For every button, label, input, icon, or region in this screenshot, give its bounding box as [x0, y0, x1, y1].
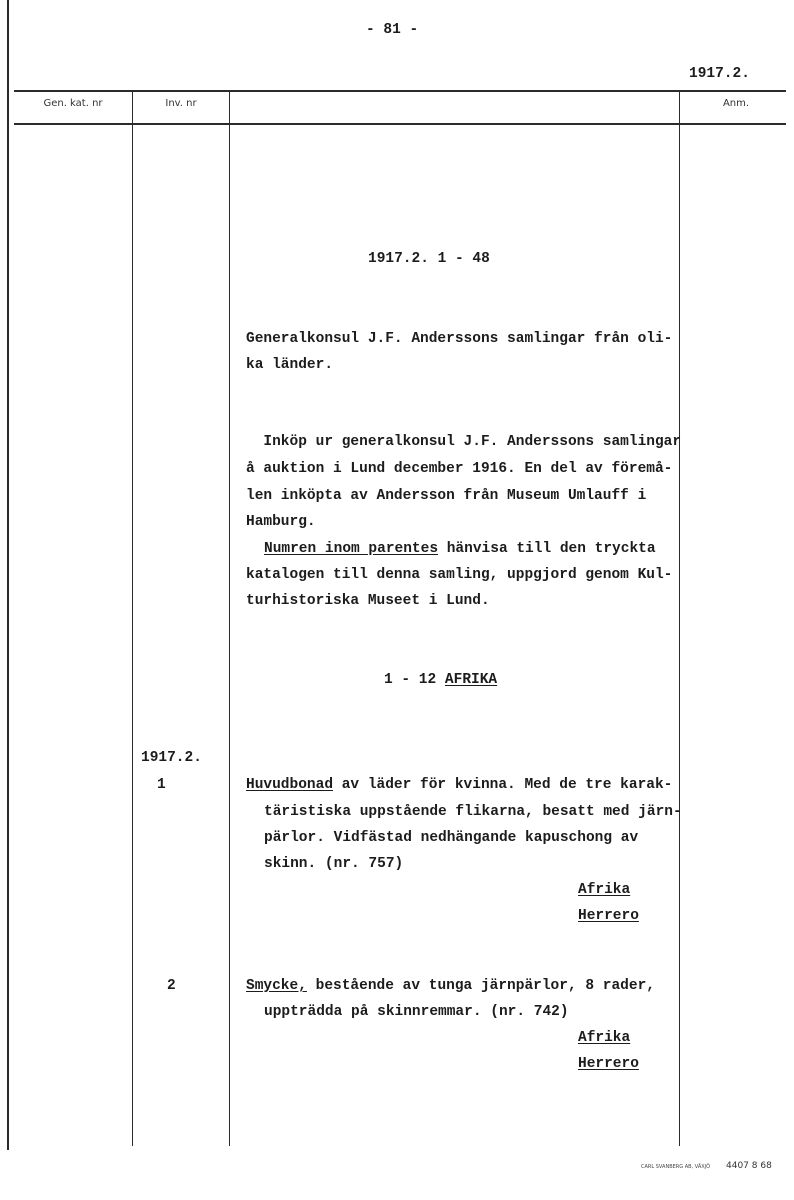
entry-1-keyword: Huvudbonad: [246, 777, 333, 793]
entry-2-people: Herrero: [578, 1056, 639, 1072]
note-underlined-phrase: Numren inom parentes: [264, 541, 438, 557]
column-divider-3: [679, 91, 680, 1146]
entry-1-first-line-rest: av läder för kvinna. Med de tre karak-: [333, 777, 672, 793]
column-header-gen-kat-nr: Gen. kat. nr: [14, 98, 132, 109]
collection-title-line-2: ka länder.: [246, 357, 333, 373]
entry-1-people: Herrero: [578, 908, 639, 924]
column-divider-2: [229, 91, 230, 1146]
entry-1-region: Afrika: [578, 882, 630, 898]
page-left-border: [7, 0, 9, 1150]
description-line-3: len inköpta av Andersson från Museum Uml…: [246, 488, 646, 504]
section-heading-region: AFRIKA: [445, 672, 497, 688]
entry-1-inv-nr: 1: [157, 777, 166, 793]
entry-1-line-4: skinn. (nr. 757): [264, 856, 403, 872]
section-heading-range: 1 - 12: [384, 672, 445, 688]
description-line-2: å auktion i Lund december 1916. En del a…: [246, 461, 672, 477]
entry-1-first-line: Huvudbonad av läder för kvinna. Med de t…: [246, 777, 672, 793]
entry-1-line-2: täristiska uppstående flikarna, besatt m…: [264, 804, 682, 820]
entry-2-region: Afrika: [578, 1030, 630, 1046]
entry-2-keyword: Smycke,: [246, 978, 307, 994]
column-header-anm: Anm.: [680, 98, 792, 109]
note-line-1: Numren inom parentes hänvisa till den tr…: [264, 541, 656, 557]
column-header-inv-nr: Inv. nr: [133, 98, 229, 109]
collection-title-line-1: Generalkonsul J.F. Anderssons samlingar …: [246, 331, 672, 347]
description-line-4: Hamburg.: [246, 514, 316, 530]
description-line-1: Inköp ur generalkonsul J.F. Anderssons s…: [246, 434, 681, 450]
inv-prefix: 1917.2.: [141, 750, 202, 766]
entry-2-inv-nr: 2: [167, 978, 176, 994]
section-heading: 1 - 12 AFRIKA: [384, 672, 497, 688]
note-line-2: katalogen till denna samling, uppgjord g…: [246, 567, 672, 583]
entry-2-first-line: Smycke, bestående av tunga järnpärlor, 8…: [246, 978, 655, 994]
range-title: 1917.2. 1 - 48: [368, 251, 490, 267]
header-bottom-rule: [14, 123, 786, 125]
page-number: - 81 -: [366, 22, 418, 38]
printer-imprint: CARL SVANBERG AB, VÄXJÖ: [641, 1164, 710, 1170]
note-line-1-rest: hänvisa till den tryckta: [438, 541, 656, 557]
catalog-code: 1917.2.: [689, 66, 750, 82]
column-divider-1: [132, 91, 133, 1146]
entry-1-line-3: pärlor. Vidfästad nedhängande kapuschong…: [264, 830, 638, 846]
entry-2-line-2: uppträdda på skinnremmar. (nr. 742): [264, 1004, 569, 1020]
table-top-rule: [14, 90, 786, 92]
entry-2-first-line-rest: bestående av tunga järnpärlor, 8 rader,: [307, 978, 655, 994]
form-number: 4407 8 68: [726, 1161, 772, 1171]
note-line-3: turhistoriska Museet i Lund.: [246, 593, 490, 609]
